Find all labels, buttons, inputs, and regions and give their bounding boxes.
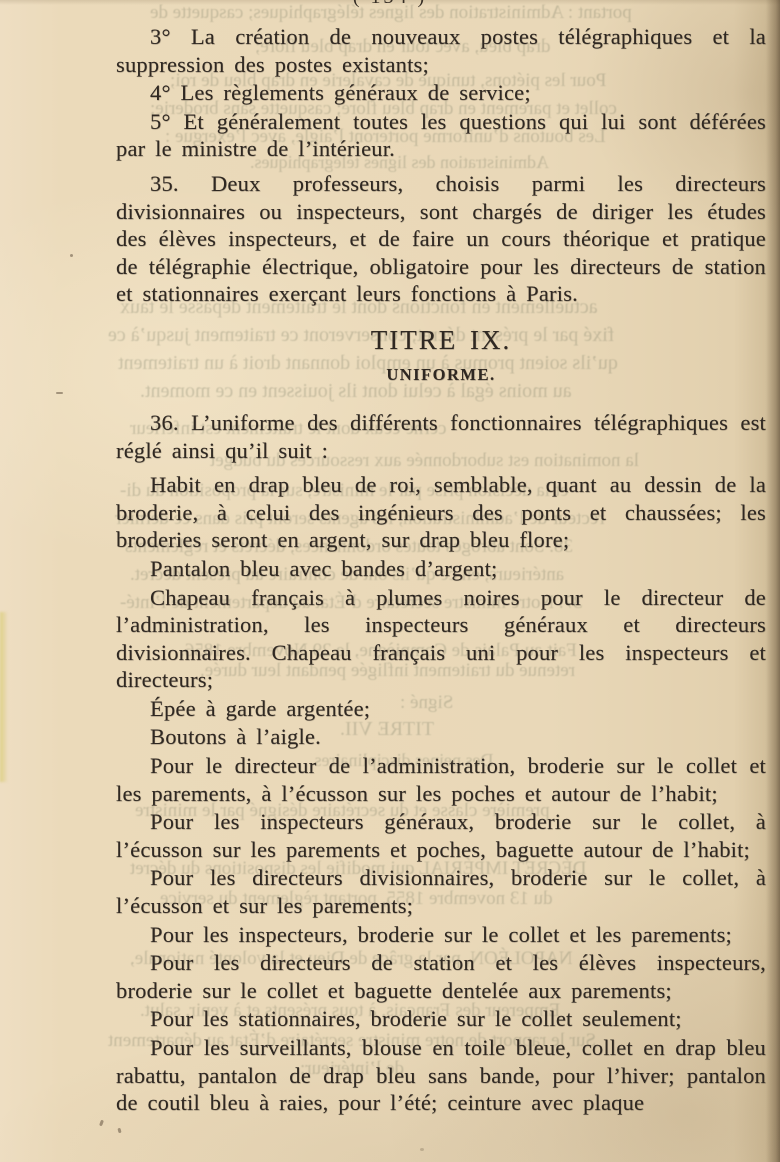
uniform-directeurs-divisionnaires: Pour les directeurs divisionnaires, brod…	[116, 864, 766, 919]
uniform-surveillants: Pour les surveillants, blouse en toile b…	[116, 1034, 766, 1117]
clause-5: 5° Et généralement toutes les questions …	[116, 108, 766, 163]
uniform-spec-pantalon: Pantalon bleu avec bandes d’argent;	[116, 555, 766, 583]
uniform-inspecteurs-generaux: Pour les inspecteurs généraux, broderie …	[116, 808, 766, 863]
page-edge-tint-left	[0, 612, 8, 782]
article-35: 35. Deux professeurs, choisis parmi les …	[116, 170, 766, 308]
article-36: 36. L’uniforme des différents fonctionna…	[116, 409, 766, 464]
paper-speck	[70, 254, 73, 257]
page-edge-shadow-right	[766, 0, 780, 1162]
section-title: TITRE IX.	[116, 325, 766, 355]
clause-3: 3° La création de nouveaux postes télégr…	[116, 23, 766, 78]
uniform-directeur-administration: Pour le directeur de l’administration, b…	[116, 752, 766, 807]
clause-4: 4° Les règlements généraux de service;	[116, 79, 766, 107]
uniform-spec-habit: Habit en drap bleu de roi, semblable, qu…	[116, 471, 766, 554]
uniform-spec-chapeau: Chapeau français à plumes noires pour le…	[116, 584, 766, 694]
uniform-spec-epee: Épée à garde argentée;	[116, 695, 766, 723]
book-page: portant : Administration des lignes télé…	[0, 0, 780, 1162]
uniform-stationnaires: Pour les stationnaires, broderie sur le …	[116, 1005, 766, 1033]
section-subtitle: UNIFORME.	[116, 365, 766, 385]
paper-speck	[56, 392, 63, 394]
uniform-directeurs-station: Pour les directeurs de station et les él…	[116, 949, 766, 1004]
page-edge-shadow-top	[0, 0, 780, 5]
uniform-inspecteurs: Pour les inspecteurs, broderie sur le co…	[116, 921, 766, 949]
page-text-block: 3° La création de nouveaux postes télégr…	[116, 0, 766, 1118]
paper-speck	[420, 1148, 424, 1151]
uniform-spec-boutons: Boutons à l’aigle.	[116, 723, 766, 751]
